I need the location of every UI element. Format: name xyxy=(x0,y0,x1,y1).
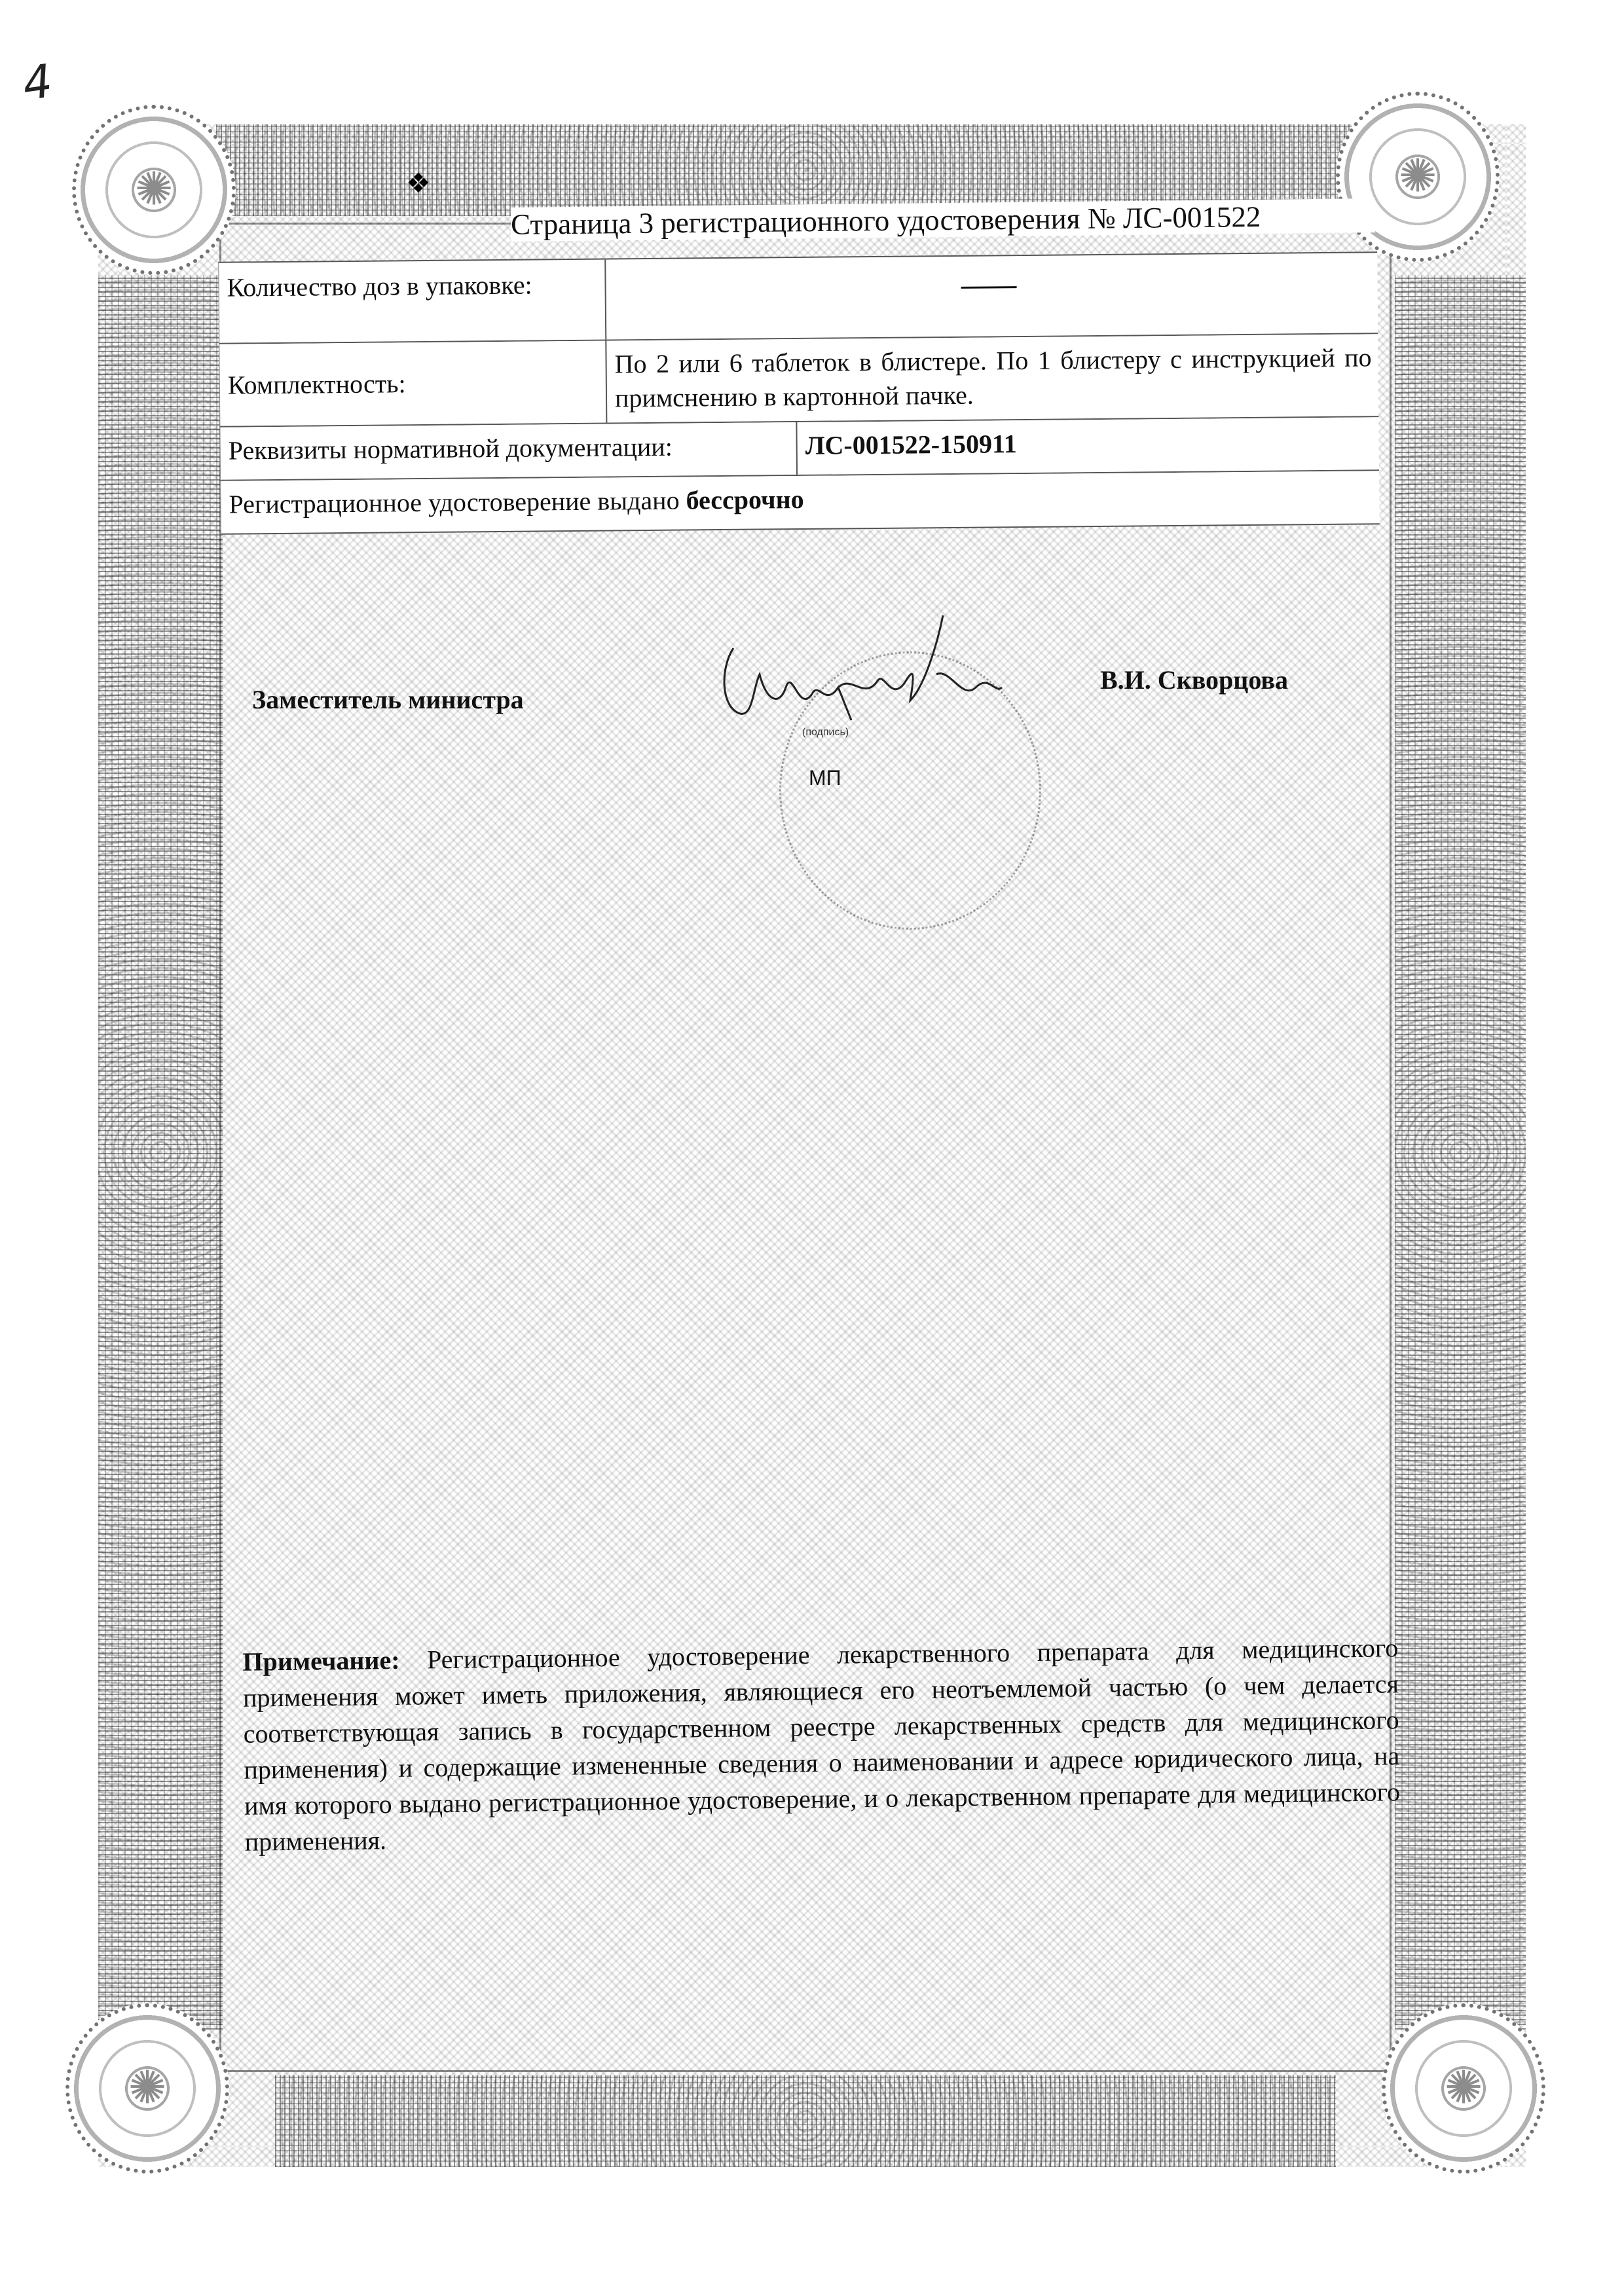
row-value xyxy=(604,253,1378,339)
validity-term-label: Регистрационное удостоверение выдано xyxy=(229,486,686,519)
corner-medallion-icon xyxy=(65,2003,229,2174)
signature-caption: (подпись) xyxy=(802,727,849,738)
frame-band-bottom xyxy=(275,2075,1336,2167)
corner-medallion-icon xyxy=(1382,2003,1545,2174)
table-row: Комплектность: По 2 или 6 таблеток в бли… xyxy=(219,334,1378,427)
note-paragraph: Примечание: Регистрационное удостоверени… xyxy=(242,1630,1401,1860)
note-label: Примечание: xyxy=(242,1645,400,1677)
signatory-position: Заместитель министра xyxy=(252,684,524,715)
row-label: Комплектность: xyxy=(219,341,606,426)
signatory-name: В.И. Скворцова xyxy=(1100,665,1288,695)
validity-term: Регистрационное удостоверение выдано бес… xyxy=(220,471,1380,533)
row-label: Реквизиты нормативной документации: xyxy=(219,422,796,480)
handwritten-page-number: 4 xyxy=(20,54,56,111)
frame-band-left xyxy=(98,275,223,2030)
row-label: Количество доз в упаковке: xyxy=(218,260,605,343)
table-row: Количество доз в упаковке: xyxy=(218,251,1378,344)
validity-term-value: бессрочно xyxy=(686,484,803,515)
empty-value-dash xyxy=(961,286,1017,289)
table-row: Регистрационное удостоверение выдано бес… xyxy=(220,471,1380,534)
row-value: По 2 или 6 таблеток в блистере. По 1 бли… xyxy=(605,334,1378,422)
registration-table: Количество доз в упаковке: Комплектность… xyxy=(218,251,1380,534)
seal-placeholder-label: МП xyxy=(809,766,841,790)
row-value: ЛС-001522-150911 xyxy=(796,417,1379,475)
handwritten-signature-icon xyxy=(714,609,1041,727)
corner-medallion-icon xyxy=(72,105,236,275)
table-row: Реквизиты нормативной документации: ЛС-0… xyxy=(219,417,1379,481)
crest-ornament-icon: ❖ xyxy=(406,167,431,199)
note-text: Регистрационное удостоверение лекарствен… xyxy=(243,1633,1400,1857)
corner-medallion-icon xyxy=(1336,92,1500,262)
frame-band-right xyxy=(1395,275,1526,2030)
